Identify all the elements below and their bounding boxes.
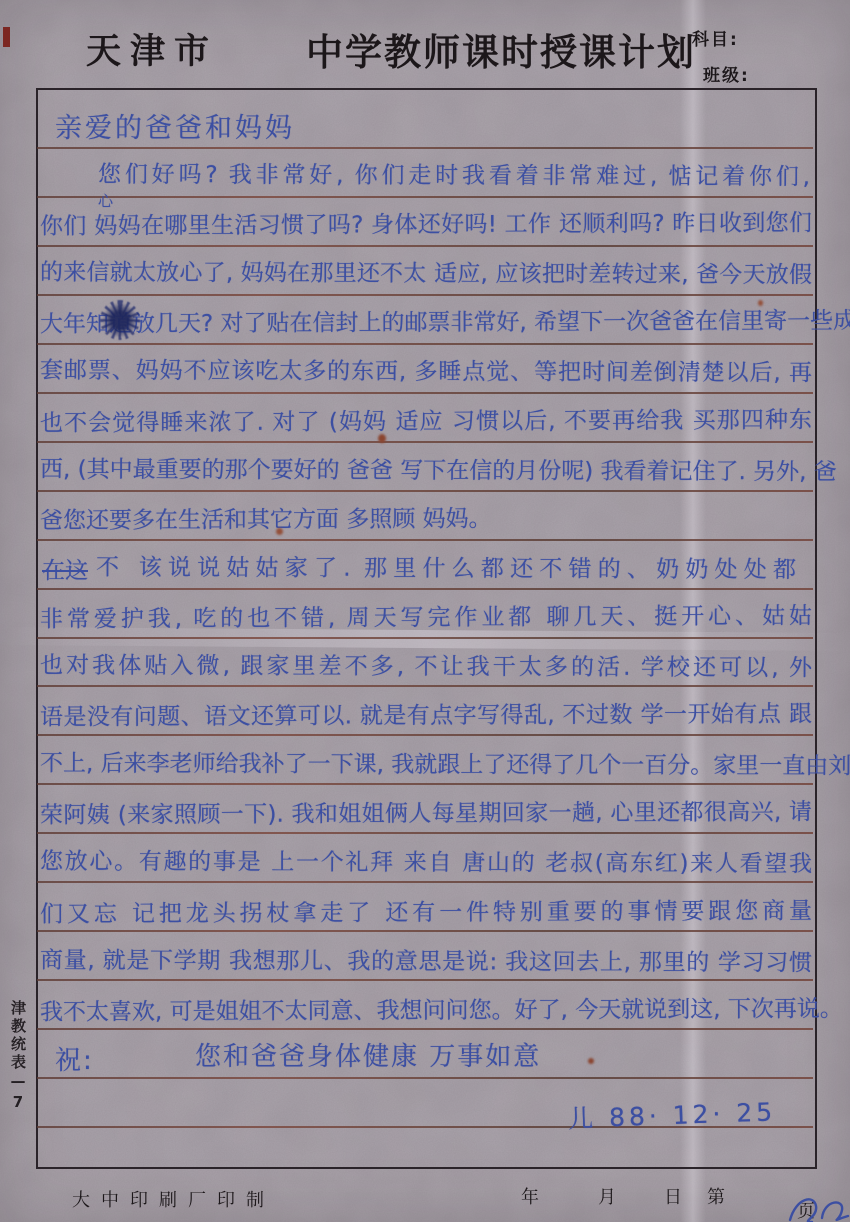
rust-stain	[276, 528, 283, 535]
letter-salutation: 亲爱的爸爸和妈妈	[55, 106, 295, 145]
letter-line: 的来信就太放心了, 妈妈在那里还不太 适应, 应该把时差转过来, 爸今天放假	[40, 253, 812, 298]
form-header-city: 天津市	[86, 24, 218, 74]
page-no-label: 第	[707, 1183, 726, 1209]
letter-line: 荣阿姨 (来家照顾一下). 我和姐姐俩人每星期回家一趟, 心里还都很高兴, 请	[40, 793, 812, 838]
letter-line: 您放心。有趣的事是 上一个礼拜 来自 唐山的 老叔(高东红)来人看望我	[40, 842, 812, 887]
rust-stain	[378, 434, 386, 443]
letter-line: 西, (其中最重要的那个要好的 爸爸 写下在信的月份呢) 我看着记住了. 另外,…	[40, 449, 812, 494]
year-label: 年	[521, 1183, 540, 1209]
letter-line: 不 该说说姑姑家了. 那里什么都还不错的、奶奶处处都	[96, 548, 796, 592]
letter-line: 非常爱护我, 吃的也不错, 周天写完作业都 聊几天、挺开心、姑姑	[40, 596, 812, 641]
letter-line: 大年知道放几天? 对了贴在信封上的邮票非常好, 希望下一次爸爸在信里寄一些成	[40, 302, 812, 347]
letter-line: 商量, 就是下学期 我想那儿、我的意思是说: 我这回去上, 那里的 学习习惯	[40, 940, 812, 985]
month-label: 月	[598, 1183, 617, 1209]
letter-line: 爸您还要多在生活和其它方面 多照顾 妈妈。	[40, 499, 560, 543]
red-edge-mark	[3, 27, 10, 47]
letter-line: 们又忘 记把龙头拐杖拿走了 还有一件特别重要的事情要跟您商量	[40, 891, 812, 936]
rule-line	[37, 1077, 813, 1079]
letter-line: 你们 妈妈在哪里生活习惯了吗? 身体还好吗! 工作 还顺利吗? 昨日收到您们	[40, 203, 812, 248]
rule-line	[37, 147, 813, 149]
letter-line: 语是没有问题、语文还算可以. 就是有点字写得乱, 不过数 学一开始有点 跟	[40, 694, 812, 739]
rust-stain	[758, 300, 763, 306]
letter-line: 我不太喜欢, 可是姐姐不太同意、我想问问您。好了, 今天就说到这, 下次再说。	[40, 989, 812, 1034]
ink-scribble-blot	[100, 300, 140, 340]
signature-date: 儿 88· 12· 25	[567, 1092, 776, 1135]
scanned-letter-page: 天津市 中学教师课时授课计划 科目: 班级: 亲爱的爸爸和妈妈 心 您们好吗? …	[0, 0, 850, 1222]
letter-line: 不上, 后来李老师给我补了一下课, 我就跟上了还得了几个一百分。家里一直由刘季	[40, 744, 812, 789]
class-field-label: 班级:	[703, 61, 750, 86]
subject-field-label: 科目:	[692, 25, 739, 50]
signature-flourish	[788, 1192, 850, 1222]
side-form-number: 津教统表—7	[8, 1000, 29, 1130]
closing-prefix: 祝:	[55, 1040, 94, 1077]
closing-wish: 您和爸爸身体健康 万事如意	[195, 1036, 541, 1073]
struck-out-text: 在这	[42, 552, 88, 585]
day-label: 日	[664, 1183, 683, 1209]
letter-line: 也不会觉得睡来浓了. 对了 (妈妈 适应 习惯以后, 不要再给我 买那四种东	[40, 400, 812, 445]
rust-stain	[588, 1058, 594, 1064]
letter-line: 您们好吗? 我非常好, 你们走时我看着非常难过, 惦记着你们,	[98, 155, 810, 199]
letter-line: 也对我体贴入微, 跟家里差不多, 不让我干太多的活. 学校还可以, 外	[40, 646, 812, 691]
form-header-title: 中学教师课时授课计划	[306, 22, 696, 76]
printer-imprint: 大中印刷厂印制	[72, 1186, 275, 1212]
letter-line: 套邮票、妈妈不应该吃太多的东西, 多睡点觉、等把时间差倒清楚以后, 再	[40, 351, 812, 396]
